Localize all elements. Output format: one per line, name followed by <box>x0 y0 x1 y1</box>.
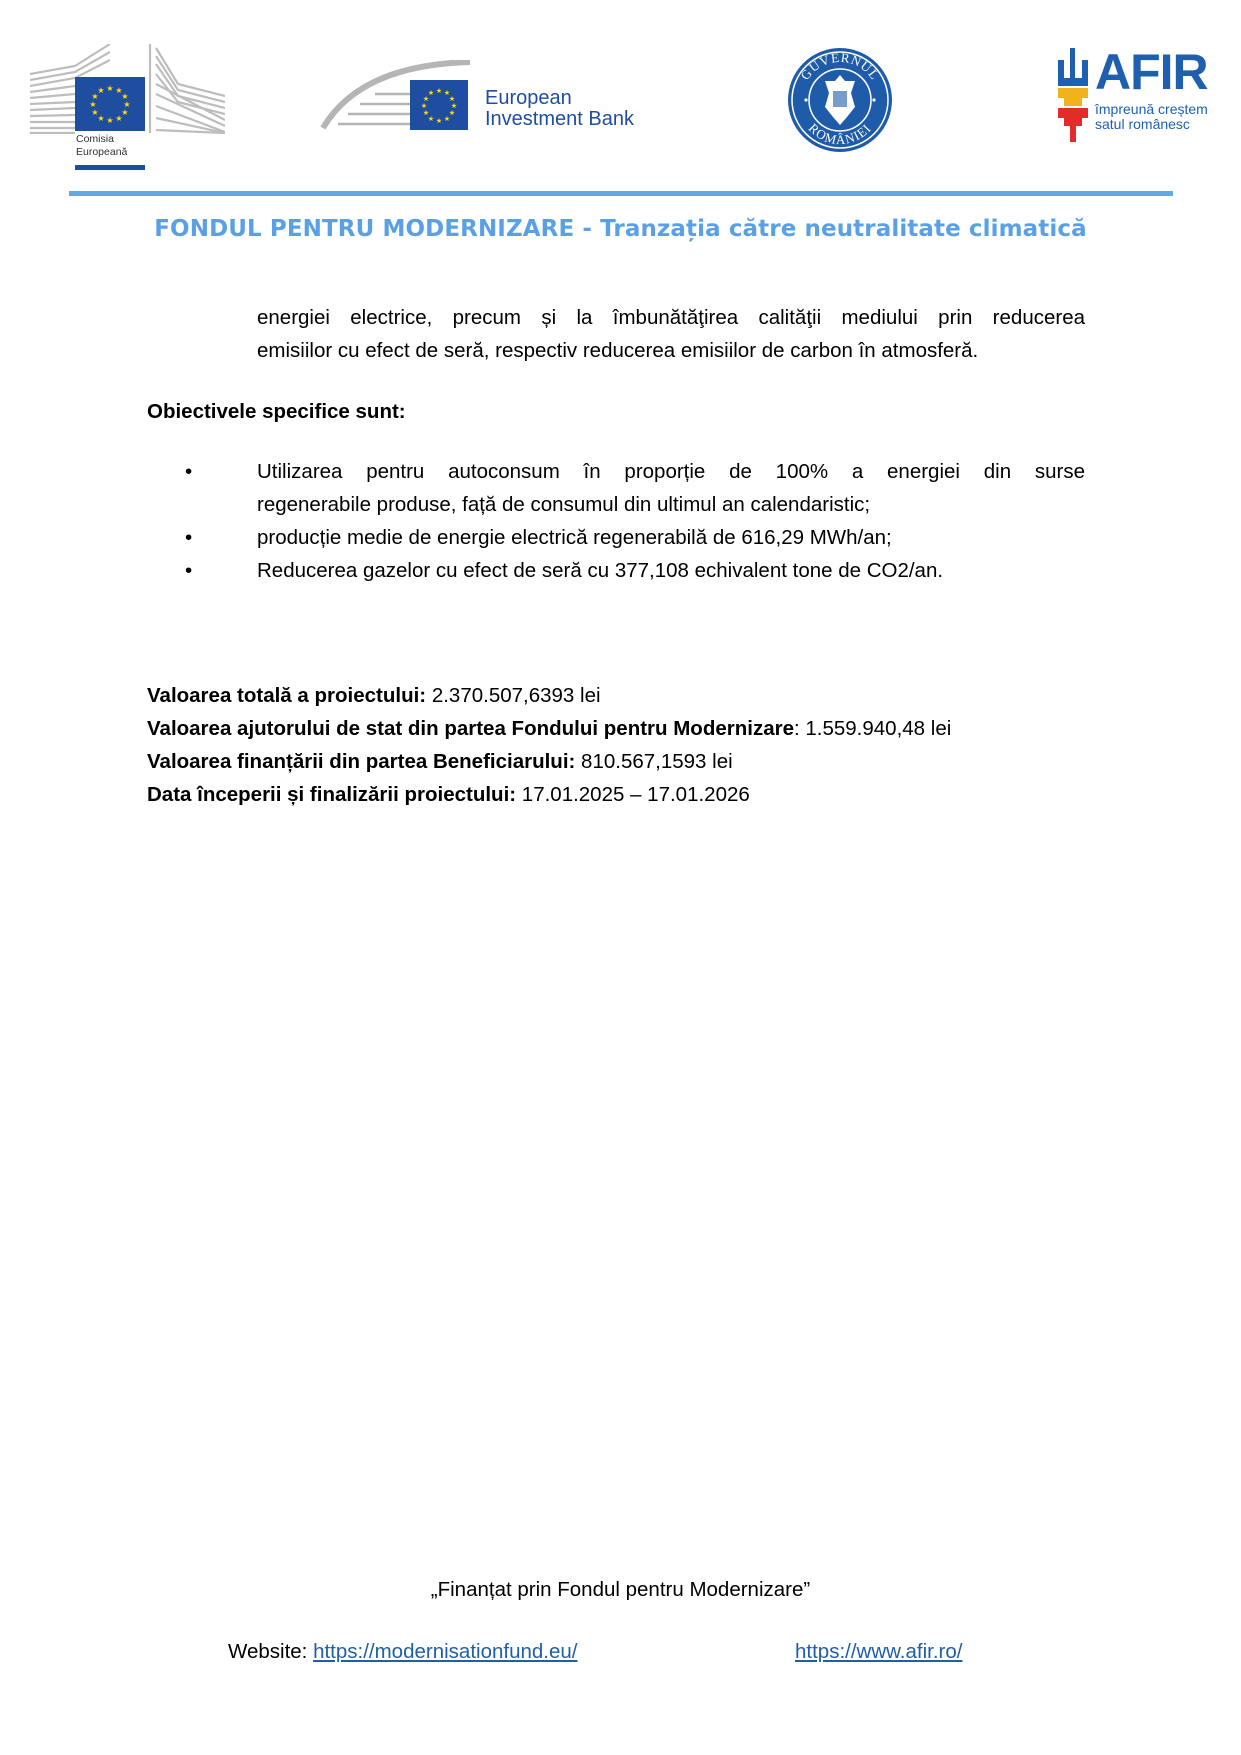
objectives-heading: Obiectivele specifice sunt: <box>147 395 406 428</box>
objectives-list: • Utilizarea pentru autoconsum în propor… <box>147 455 1085 587</box>
romanian-government-seal-logo: GUVERNUL ROMÂNIEI <box>785 45 895 155</box>
svg-text:★: ★ <box>428 89 434 97</box>
total-value-row: Valoarea totală a proiectului: 2.370.507… <box>147 679 951 712</box>
svg-text:★: ★ <box>451 102 457 110</box>
state-aid-value-row: Valoarea ajutorului de stat din partea F… <box>147 712 951 745</box>
afir-emblem-icon <box>1055 48 1091 148</box>
european-commission-logo: ★★★★ ★★★★ ★★★★ Comisia Europeană <box>30 36 225 172</box>
ec-logo-bar <box>75 165 145 170</box>
list-item: • producție medie de energie electrică r… <box>147 521 1085 554</box>
eu-flag-icon: ★★★★ ★★★★ ★★★★ <box>75 77 145 131</box>
eib-logo: ★★★★ ★★★★ ★★★★ European Investment Bank <box>320 60 660 140</box>
svg-text:★: ★ <box>436 87 442 95</box>
svg-text:★: ★ <box>421 102 427 110</box>
afir-tagline: împreună creștem satul românesc <box>1095 102 1208 132</box>
project-dates-row: Data începerii și finalizării proiectulu… <box>147 778 951 811</box>
eu-flag-icon: ★★★★ ★★★★ ★★★★ <box>410 80 468 130</box>
svg-text:★: ★ <box>436 117 442 125</box>
svg-text:★: ★ <box>423 109 429 117</box>
svg-text:★: ★ <box>97 86 104 95</box>
svg-text:★: ★ <box>449 95 455 103</box>
description-continuation: energiei electrice, precum și la îmbunăt… <box>257 301 1085 367</box>
ec-logo-text: Comisia Europeană <box>76 133 127 159</box>
eib-logo-text: European Investment Bank <box>485 88 634 130</box>
afir-title: AFIR <box>1095 46 1208 98</box>
afir-website-link[interactable]: https://www.afir.ro/ <box>795 1640 962 1664</box>
modernisation-fund-link[interactable]: https://modernisationfund.eu/ <box>313 1640 577 1663</box>
svg-text:★: ★ <box>444 115 450 123</box>
government-seal-icon: GUVERNUL ROMÂNIEI <box>785 45 895 155</box>
list-item: • Utilizarea pentru autoconsum în propor… <box>147 455 1085 521</box>
footer-website: Website: https://modernisationfund.eu/ <box>228 1640 577 1664</box>
afir-logo: AFIR împreună creștem satul românesc <box>1055 48 1215 148</box>
list-item: • Reducerea gazelor cu efect de seră cu … <box>147 554 1085 587</box>
header-divider <box>69 191 1173 196</box>
footer-funding-note: „Finanțat prin Fondul pentru Modernizare… <box>0 1578 1241 1602</box>
bullet-icon: • <box>185 521 192 554</box>
bullet-icon: • <box>185 455 192 488</box>
bullet-icon: • <box>185 554 192 587</box>
project-values: Valoarea totală a proiectului: 2.370.507… <box>147 679 951 811</box>
ec-building-lines-right-icon <box>148 44 225 134</box>
beneficiary-value-row: Valoarea finanțării din partea Beneficia… <box>147 745 951 778</box>
svg-text:★: ★ <box>91 108 98 117</box>
program-banner-title: FONDUL PENTRU MODERNIZARE - Tranzația că… <box>0 216 1241 242</box>
svg-text:★: ★ <box>106 84 113 93</box>
svg-text:★: ★ <box>115 114 122 123</box>
svg-text:★: ★ <box>106 116 113 125</box>
svg-text:★: ★ <box>89 100 96 109</box>
